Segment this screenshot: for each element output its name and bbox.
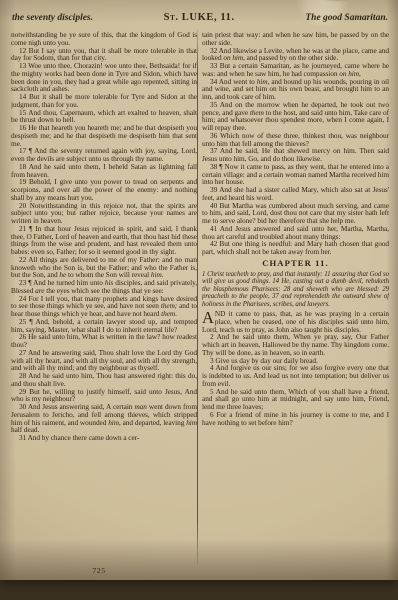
verse-paragraph: 37 And he said, He that shewed mercy on …	[202, 147, 389, 163]
verse-paragraph: 29 But he, willing to justify himself, s…	[11, 388, 197, 404]
book-page: the seventy disciples. St. LUKE, 11. The…	[0, 0, 398, 580]
verse-paragraph: 13 Woe unto thee, Chorazin! woe unto the…	[11, 62, 197, 93]
verse-paragraph: 30 And Jesus answering said, A certain m…	[11, 403, 197, 434]
column-divider-rule	[197, 30, 198, 564]
verse-paragraph: 35 And on the morrow when he departed, h…	[202, 101, 389, 132]
verse-paragraph: 42 But one thing is needful: and Mary ha…	[202, 240, 389, 256]
chapter-summary: 1 Christ teacheth to pray, and that inst…	[202, 271, 389, 309]
verse-paragraph: 28 And he said unto him, Thou hast answe…	[11, 372, 197, 388]
text-column-right: tain priest that way: and when he saw hi…	[202, 31, 389, 565]
verse-paragraph: 12 But I say unto you, that it shall be …	[11, 47, 197, 63]
verse-paragraph: 31 And by chance there came down a cer-	[11, 434, 197, 442]
verse-paragraph: AND it came to pass, that, as he was pra…	[202, 310, 389, 333]
verse-paragraph: 33 But a certain Samaritan, as he journe…	[202, 62, 389, 78]
running-head-left: the seventy disciples.	[12, 13, 93, 23]
running-head-center: St. LUKE, 11.	[164, 12, 235, 23]
verse-paragraph: 17 ¶ And the seventy returned again with…	[11, 147, 197, 163]
chapter-heading: CHAPTER 11.	[202, 260, 389, 268]
photo-background: { "header": { "left": "the seventy disci…	[0, 0, 398, 600]
verse-paragraph: 6 For a friend of mine in his journey is…	[202, 411, 389, 427]
verse-paragraph: 14 But it shall be more tolerable for Ty…	[11, 93, 197, 109]
verse-paragraph: 41 And Jesus answered and said unto her,…	[202, 225, 389, 241]
verse-paragraph: 5 And he said unto them, Which of you sh…	[202, 388, 389, 411]
verse-paragraph: 16 He that heareth you heareth me; and h…	[11, 124, 197, 147]
text-column-left: notwithstanding be ye sure of this, that…	[11, 31, 197, 565]
verse-paragraph: 22 All things are delivered to me of my …	[11, 256, 197, 279]
verse-paragraph: 40 But Martha was cumbered about much se…	[202, 202, 389, 225]
verse-paragraph: 24 For I tell you, that many prophets an…	[11, 295, 197, 318]
verse-paragraph: 21 ¶ In that hour Jesus rejoiced in spir…	[11, 225, 197, 256]
verse-paragraph: 36 Which now of these three, thinkest th…	[202, 132, 389, 148]
verse-paragraph: 18 And he said unto them, I beheld Satan…	[11, 163, 197, 179]
verse-paragraph: 4 And forgive us our sins; for we also f…	[202, 364, 389, 387]
verse-paragraph: notwithstanding be ye sure of this, that…	[11, 31, 197, 47]
running-head-right: The good Samaritan.	[305, 13, 388, 23]
verse-paragraph: 2 And he said unto them, When ye pray, s…	[202, 333, 389, 356]
verse-paragraph: 20 Notwithstanding in this rejoice not, …	[11, 202, 197, 225]
verse-paragraph: 23 ¶ And he turned him unto his disciple…	[11, 279, 197, 295]
verse-paragraph: 39 And she had a sister called Mary, whi…	[202, 186, 389, 202]
verse-paragraph: 26 He said unto him, What is written in …	[11, 333, 197, 349]
verse-paragraph: 38 ¶ Now it came to pass, as they went, …	[202, 163, 389, 186]
verse-paragraph: 34 And went to him, and bound up his wou…	[202, 78, 389, 101]
drop-cap: A	[202, 310, 215, 325]
verse-paragraph: tain priest that way: and when he saw hi…	[202, 31, 389, 47]
verse-paragraph: 27 And he answering said, Thou shalt lov…	[11, 349, 197, 372]
verse-paragraph: 32 And likewise a Levite, when he was at…	[202, 47, 389, 63]
verse-paragraph: 19 Behold, I give unto you power to trea…	[11, 178, 197, 201]
page-number: 725	[0, 566, 198, 575]
running-head: the seventy disciples. St. LUKE, 11. The…	[12, 12, 388, 26]
verse-paragraph: 15 And thou, Capernaum, which art exalte…	[11, 109, 197, 125]
verse-paragraph: 25 ¶ And, behold, a certain lawyer stood…	[11, 318, 197, 334]
